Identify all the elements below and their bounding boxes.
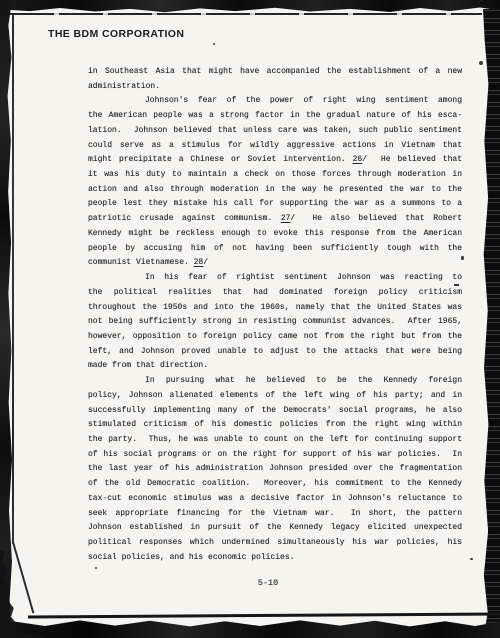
scan-speck bbox=[213, 43, 215, 45]
text-line: Kennedy might be reckless enough to evok… bbox=[88, 227, 462, 242]
scan-speck bbox=[95, 567, 97, 569]
page-border-top bbox=[10, 13, 482, 15]
scanned-page: THE BDM CORPORATION in Southeast Asia th… bbox=[0, 0, 500, 638]
text-line: tax-cut economic stimulus was a decisive… bbox=[88, 492, 462, 507]
text-line: throughout the 1950s and into the 1960s,… bbox=[88, 301, 462, 316]
text-line: communist Vietnamese. 28/ bbox=[88, 256, 462, 271]
text-line: not being sufficiently strong in resisti… bbox=[88, 315, 462, 330]
text-line: in Southeast Asia that might have accomp… bbox=[88, 65, 462, 80]
text-line: stimulated criticism of his domestic pol… bbox=[88, 418, 462, 433]
text-line: people by accusing him of not having bee… bbox=[88, 242, 462, 257]
text-line: the political realities that had dominat… bbox=[88, 286, 462, 301]
text-line: the American people was a strong factor … bbox=[88, 109, 462, 124]
scan-speck bbox=[454, 284, 459, 286]
text-line: lation. Johnson believed that unless car… bbox=[88, 124, 462, 139]
page-border-left bbox=[12, 14, 14, 544]
scan-speck bbox=[461, 256, 464, 260]
text-line: left, and Johnson proved unable to adjus… bbox=[88, 345, 462, 360]
text-line: Johnson's fear of the power of right win… bbox=[88, 94, 462, 109]
text-line: could serve as a stimulus for wildly agg… bbox=[88, 139, 462, 154]
text-line: In his fear of rightist sentiment Johnso… bbox=[88, 271, 462, 286]
text-line: social policies, and his economic polici… bbox=[88, 551, 462, 566]
scan-speck bbox=[479, 61, 483, 65]
text-line: action and also through moderation in th… bbox=[88, 183, 462, 198]
scan-speck bbox=[470, 558, 473, 560]
text-line: patriotic crusade against communism. 27/… bbox=[88, 212, 462, 227]
page-number: 5-10 bbox=[88, 578, 448, 588]
text-line: administration. bbox=[88, 80, 462, 95]
text-line: seek appropriate financing for the Vietn… bbox=[88, 507, 462, 522]
text-line: however, opposition to foreign policy ca… bbox=[88, 330, 462, 345]
text-line: In pursuing what he believed to be the K… bbox=[88, 374, 462, 389]
document-body: in Southeast Asia that might have accomp… bbox=[88, 65, 462, 565]
text-line: successfully implementing many of the De… bbox=[88, 404, 462, 419]
text-line: made from that direction. bbox=[88, 359, 462, 374]
text-line: political responses which undermined sim… bbox=[88, 536, 462, 551]
text-line: Johnson established in pursuit of the Ke… bbox=[88, 521, 462, 536]
text-line: of his social programs or on the right f… bbox=[88, 448, 462, 463]
text-line: the last year of his administration John… bbox=[88, 462, 462, 477]
text-line: of the old Democratic coalition. Moreove… bbox=[88, 477, 462, 492]
text-line: might precipitate a Chinese or Soviet in… bbox=[88, 153, 462, 168]
text-line: policy, Johnson alienated elements of th… bbox=[88, 389, 462, 404]
text-line: people lest they mistake his call for su… bbox=[88, 197, 462, 212]
text-line: the party. Thus, he was unable to count … bbox=[88, 433, 462, 448]
text-line: it was his duty to maintain a check on t… bbox=[88, 168, 462, 183]
letterhead: THE BDM CORPORATION bbox=[48, 28, 184, 40]
